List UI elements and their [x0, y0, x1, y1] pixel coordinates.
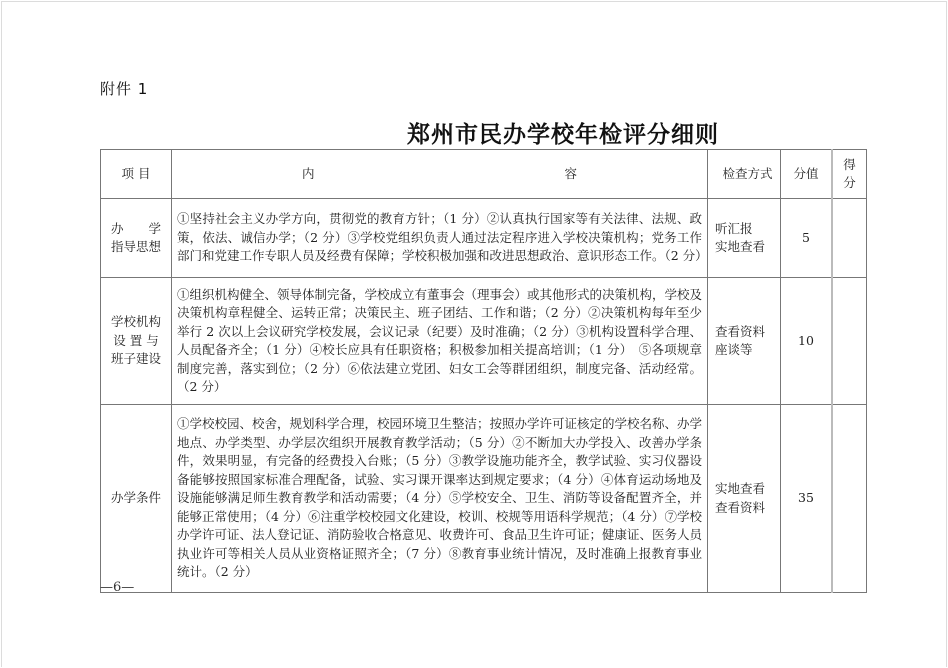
- row-score: 5: [781, 199, 833, 278]
- table-row: 办 学 指导思想 ①坚持社会主义办学方向，贯彻党的教育方针；（1 分）②认真执行…: [101, 199, 867, 278]
- header-obtained: 得分: [832, 150, 867, 199]
- table-row: 办学条件 ①学校校园、校舍，规划科学合理，校园环境卫生整洁；按照办学许可证核定的…: [101, 405, 867, 593]
- row-item: 办 学 指导思想: [101, 199, 172, 278]
- row-content: ①坚持社会主义办学方向，贯彻党的教育方针；（1 分）②认真执行国家等有关法律、法…: [172, 199, 708, 278]
- header-score: 分值: [781, 150, 833, 199]
- header-method: 检查方式: [708, 150, 781, 199]
- page-number: —6—: [100, 580, 134, 595]
- method-line: 查看资料: [715, 499, 780, 518]
- row-obtained[interactable]: [832, 405, 867, 593]
- row-method: 查看资料 座谈等: [708, 278, 781, 405]
- item-line: 学校机构: [101, 313, 171, 332]
- row-content: ①组织机构健全、领导体制完备，学校成立有董事会（理事会）或其他形式的决策机构，学…: [172, 278, 708, 405]
- row-obtained[interactable]: [832, 278, 867, 405]
- method-line: 实地查看: [715, 480, 780, 499]
- item-line: 班子建设: [101, 350, 171, 369]
- item-line: 办 学: [101, 220, 171, 239]
- row-method: 听汇报 实地查看: [708, 199, 781, 278]
- method-line: 查看资料: [715, 323, 780, 342]
- attachment-label: 附件 1: [100, 78, 148, 99]
- document-title: 郑州市民办学校年检评分细则: [100, 116, 848, 149]
- item-line: 指导思想: [101, 238, 171, 257]
- table-row: 学校机构 设 置 与 班子建设 ①组织机构健全、领导体制完备，学校成立有董事会（…: [101, 278, 867, 405]
- scoring-table: 项 目 内容 检查方式 分值 得分 办 学 指导思想 ①坚持社会主义办学方向，贯…: [100, 149, 867, 593]
- item-line: 设 置 与: [101, 332, 171, 351]
- row-obtained[interactable]: [832, 199, 867, 278]
- row-content: ①学校校园、校舍，规划科学合理，校园环境卫生整洁；按照办学许可证核定的学校名称、…: [172, 405, 708, 593]
- method-line: 听汇报: [715, 220, 780, 239]
- header-content: 内容: [172, 150, 708, 199]
- table-header-row: 项 目 内容 检查方式 分值 得分: [101, 150, 867, 199]
- header-content-right: 容: [440, 165, 703, 184]
- method-line: 实地查看: [715, 238, 780, 257]
- row-item: 学校机构 设 置 与 班子建设: [101, 278, 172, 405]
- row-score: 35: [781, 405, 833, 593]
- item-line: 办学条件: [101, 489, 171, 508]
- row-method: 实地查看 查看资料: [708, 405, 781, 593]
- row-item: 办学条件: [101, 405, 172, 593]
- header-item: 项 目: [101, 150, 172, 199]
- method-line: 座谈等: [715, 341, 780, 360]
- header-content-left: 内: [177, 165, 440, 184]
- row-score: 10: [781, 278, 833, 405]
